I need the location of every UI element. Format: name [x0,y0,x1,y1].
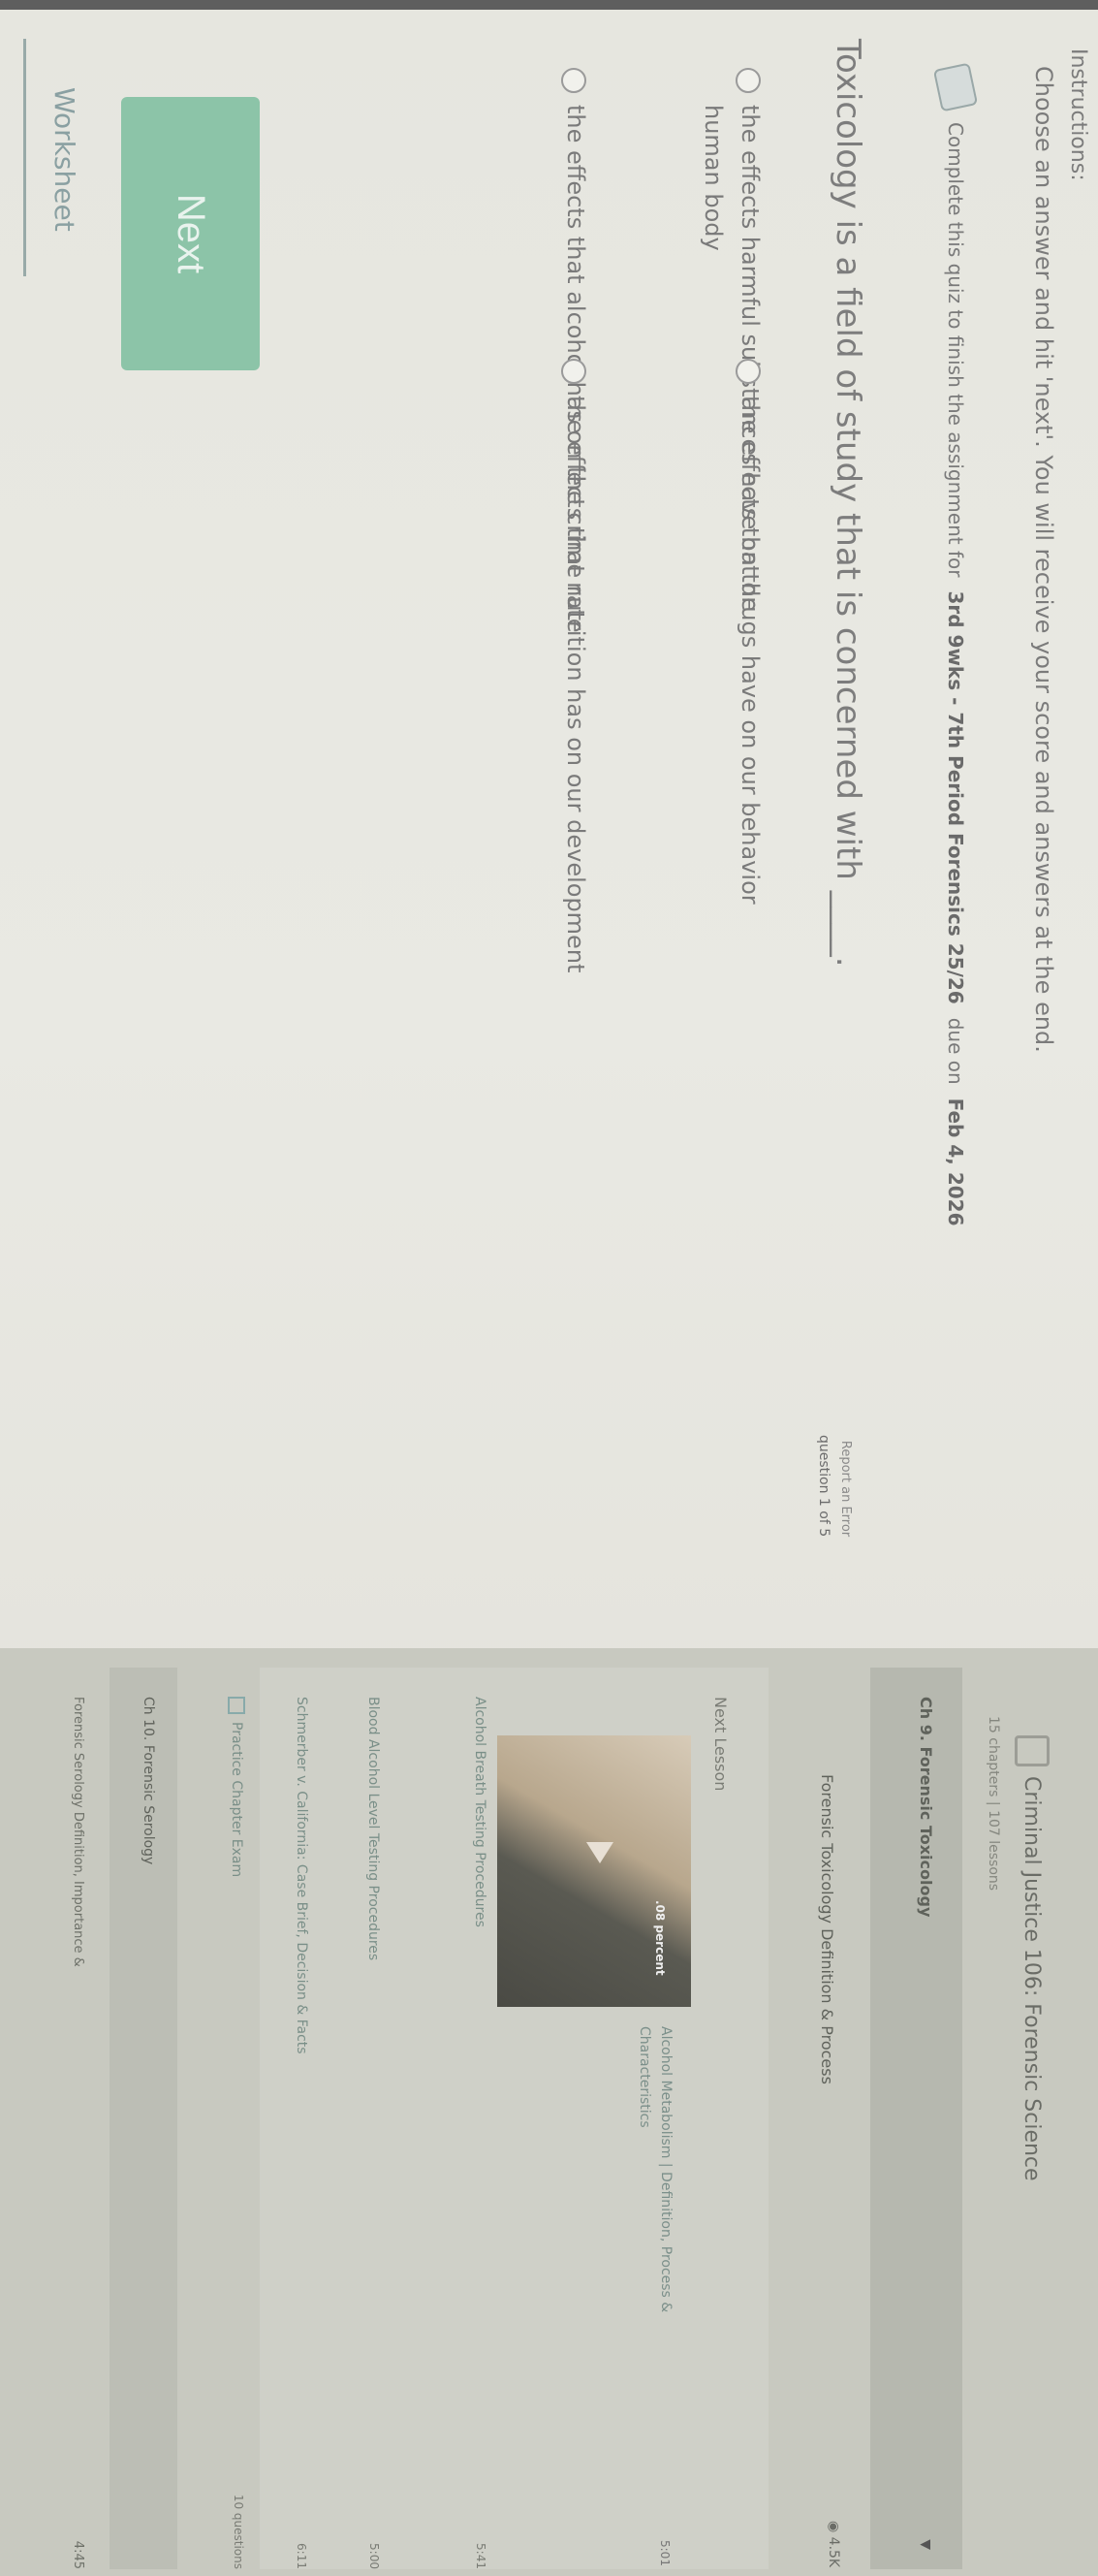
instructions-title: Instructions: [1066,48,1090,181]
lesson-item[interactable]: Alcohol Breath Testing Procedures 5:41 [472,1697,487,2569]
views-value: 4.5K [826,2537,841,2567]
tab-worksheet[interactable]: Worksheet [48,87,80,232]
lesson-duration: 4:45 [71,2541,85,2569]
question-counter: question 1 of 5 [813,1435,834,1537]
assignment-due-prefix: due on [944,1018,967,1085]
answer-label: the effects that nutrition has on our de… [557,396,594,972]
course-title-text: Criminal Justice 106: Forensic Science [1020,1776,1045,2181]
answer-option-2[interactable]: the effects that drugs have on our behav… [732,359,769,1231]
next-lesson-title[interactable]: Alcohol Metabolism | Definition, Process… [634,2026,676,2317]
course-book-icon [1015,1735,1050,1766]
browser-edge [0,0,1098,10]
practice-exam-label: Practice Chapter Exam [228,1697,245,1877]
assignment-prefix: Complete this quiz to finish the assignm… [944,122,967,577]
radio-button[interactable] [736,68,761,93]
lesson-item[interactable]: Blood Alcohol Level Testing Procedures 5… [365,1697,381,2569]
current-lesson[interactable]: Forensic Toxicology Definition & Process [818,1774,836,2084]
next-chapter-header[interactable]: Ch 10. Forensic Serology [110,1668,177,2569]
chapter-header[interactable]: Ch 9. Forensic Toxicology ▼ [870,1668,962,2569]
views-count: ◉ 4.5K [826,2521,841,2567]
course-header: Criminal Justice 106: Forensic Science 1… [962,1677,1098,2550]
report-error-link[interactable]: Report an Error [834,1435,856,1537]
page: Instructions: Choose an answer and hit '… [0,0,1098,2576]
quiz-main: Instructions: Choose an answer and hit '… [0,39,1098,1629]
quiz-icon [933,63,978,112]
radio-button[interactable] [561,359,586,384]
radio-button[interactable] [561,68,586,93]
lesson-title: Schmerber v. California: Case Brief, Dec… [290,1697,313,2054]
practice-exam-count: 10 questions [232,2495,245,2569]
next-button[interactable]: Next [121,97,260,370]
lesson-title: Forensic Serology Definition, Importance… [71,1697,85,1967]
thumbnail-tag: .08 percent [653,1900,667,1976]
chapter-title: Ch 9. Forensic Toxicology [917,1697,935,1917]
course-sidebar: Criminal Justice 106: Forensic Science 1… [0,1648,1098,2576]
answer-option-4[interactable]: the effects that nutrition has on our de… [557,359,594,1231]
next-lesson-panel: Next Lesson .08 percent Alcohol Metaboli… [260,1668,769,2569]
question-text: Toxicology is a field of study that is c… [829,39,867,968]
next-chapter-title: Ch 10. Forensic Serology [141,1697,156,1864]
course-meta: 15 chapters | 107 lessons [986,1716,1001,1891]
lesson-duration: 5:00 [365,2543,381,2569]
practice-exam-text: Practice Chapter Exam [229,1722,244,1877]
question-meta: Report an Error question 1 of 5 [813,1435,856,1537]
lesson-title: Blood Alcohol Level Testing Procedures [365,1697,381,1960]
tab-underline [23,39,26,276]
course-title[interactable]: Criminal Justice 106: Forensic Science [1015,1735,1050,2181]
practice-exam[interactable]: Practice Chapter Exam 10 questions [177,1668,255,2569]
assignment-due-date: Feb 4, 2026 [944,1098,967,1226]
assignment-notice: Complete this quiz to finish the assignm… [937,66,974,1226]
lesson-item[interactable]: Schmerber v. California: Case Brief, Dec… [290,1697,313,2569]
exam-icon [228,1697,245,1714]
lesson-title: Alcohol Breath Testing Procedures [472,1697,487,1927]
play-icon [586,1842,613,1863]
next-lesson-label: Next Lesson [711,1697,730,1791]
next-lesson-thumbnail[interactable]: .08 percent [497,1735,691,2007]
radio-button[interactable] [736,359,761,384]
lesson-duration: 5:41 [472,2543,487,2569]
lesson-item[interactable]: Forensic Serology Definition, Importance… [71,1697,85,2569]
chevron-down-icon: ▼ [918,2539,933,2550]
assignment-name: 3rd 9wks - 7th Period Forensics 25/26 [944,590,967,1003]
instructions-text: Choose an answer and hit 'next'. You wil… [1030,66,1057,1053]
answer-label: the effects that drugs have on our behav… [732,396,769,905]
lesson-duration: 6:11 [290,2543,313,2569]
next-lesson-duration: 5:01 [658,2540,672,2566]
